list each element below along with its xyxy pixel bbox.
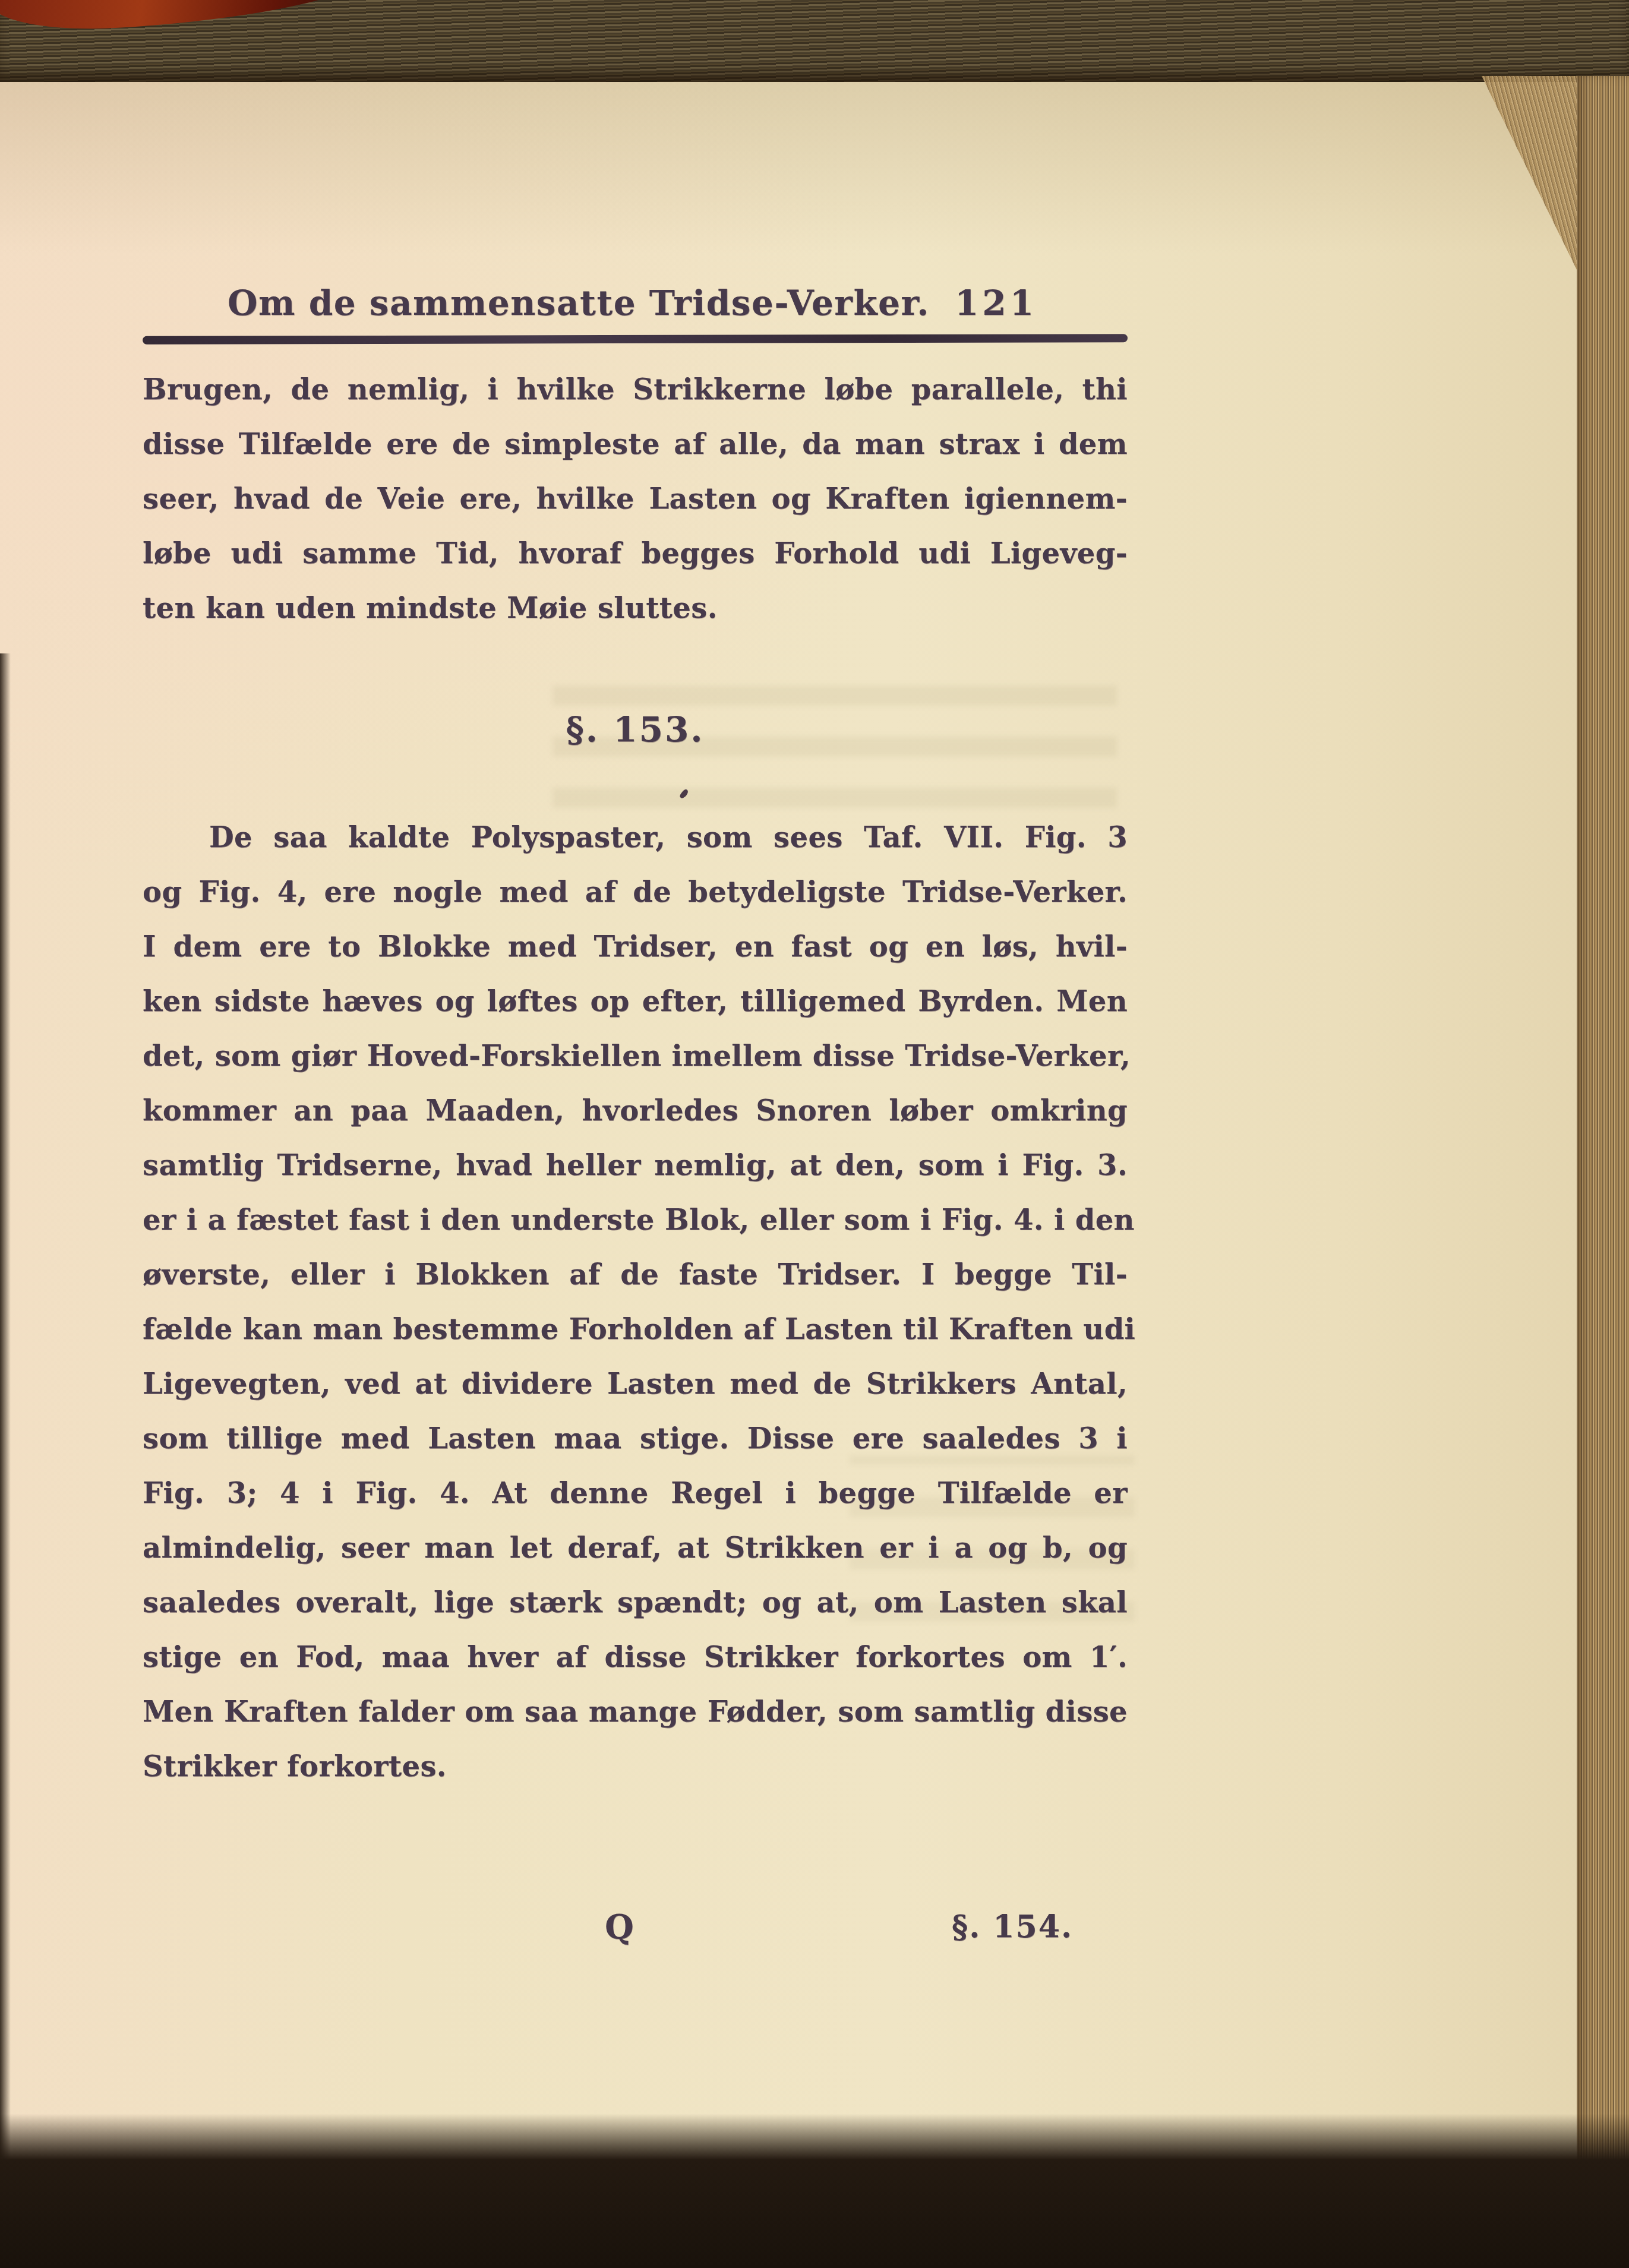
page-number: 121 (955, 278, 1037, 328)
bottom-shadow (0, 2114, 1629, 2268)
text-line: og Fig. 4, ere nogle med af de betydelig… (143, 865, 1128, 920)
catchword: §. 154. (952, 1896, 1073, 1958)
text-line: fælde kan man bestemme Forholden af Last… (143, 1302, 1128, 1357)
text-line: ken sidste hæves og løftes op efter, til… (143, 974, 1128, 1029)
running-header: Om de sammensatte Tridse-Verker. 121 (143, 278, 1128, 328)
text-line: det, som giør Hoved-Forskiellen imellem … (143, 1029, 1128, 1084)
text-line: stige en Fod, maa hver af disse Strikker… (143, 1630, 1128, 1685)
gutter-shadow (0, 653, 11, 2203)
page-block-fore-edge (1577, 76, 1629, 2235)
book-page-photo: Om de sammensatte Tridse-Verker. 121 Bru… (0, 0, 1629, 2268)
text-line: ten kan uden mindste Møie sluttes. (143, 581, 1128, 636)
text-line: samtlig Tridserne, hvad heller nemlig, a… (143, 1138, 1128, 1193)
text-line: Strikker forkortes. (143, 1739, 1128, 1794)
text-line: er i a fæstet fast i den underste Blok, … (143, 1193, 1128, 1247)
text-line: seer, hvad de Veie ere, hvilke Lasten og… (143, 472, 1128, 526)
section-heading: §. 153. (143, 700, 1128, 759)
text-line: disse Tilfælde ere de simpleste af alle,… (143, 417, 1128, 472)
text-line: saaledes overalt, lige stærk spændt; og … (143, 1575, 1128, 1630)
text-line: Men Kraften falder om saa mange Fødder, … (143, 1685, 1128, 1739)
text-line: Ligevegten, ved at dividere Lasten med d… (143, 1357, 1128, 1411)
text-column: Om de sammensatte Tridse-Verker. 121 Bru… (143, 278, 1128, 1958)
text-line: De saa kaldte Polyspaster, som sees Taf.… (143, 810, 1128, 865)
text-line: som tillige med Lasten maa stige. Disse … (143, 1411, 1128, 1466)
running-title: Om de sammensatte Tridse-Verker. (86, 278, 1071, 328)
text-line: øverste, eller i Blokken af de faste Tri… (143, 1247, 1128, 1302)
text-line: løbe udi samme Tid, hvoraf begges Forhol… (143, 526, 1128, 581)
text-line: kommer an paa Maaden, hvorledes Snoren l… (143, 1084, 1128, 1138)
paragraph-2: De saa kaldte Polyspaster, som sees Taf.… (143, 810, 1128, 1794)
text-line: almindelig, seer man let deraf, at Strik… (143, 1521, 1128, 1575)
text-line: I dem ere to Blokke med Tridser, en fast… (143, 920, 1128, 974)
header-rule (143, 334, 1128, 344)
paragraph-1: Brugen, de nemlig, i hvilke Strikkerne l… (143, 362, 1128, 636)
text-line: Brugen, de nemlig, i hvilke Strikkerne l… (143, 362, 1128, 417)
signature-mark: Q (605, 1896, 634, 1958)
text-line: Fig. 3; 4 i Fig. 4. At denne Regel i beg… (143, 1466, 1128, 1521)
footer-line: Q §. 154. (143, 1896, 1128, 1958)
